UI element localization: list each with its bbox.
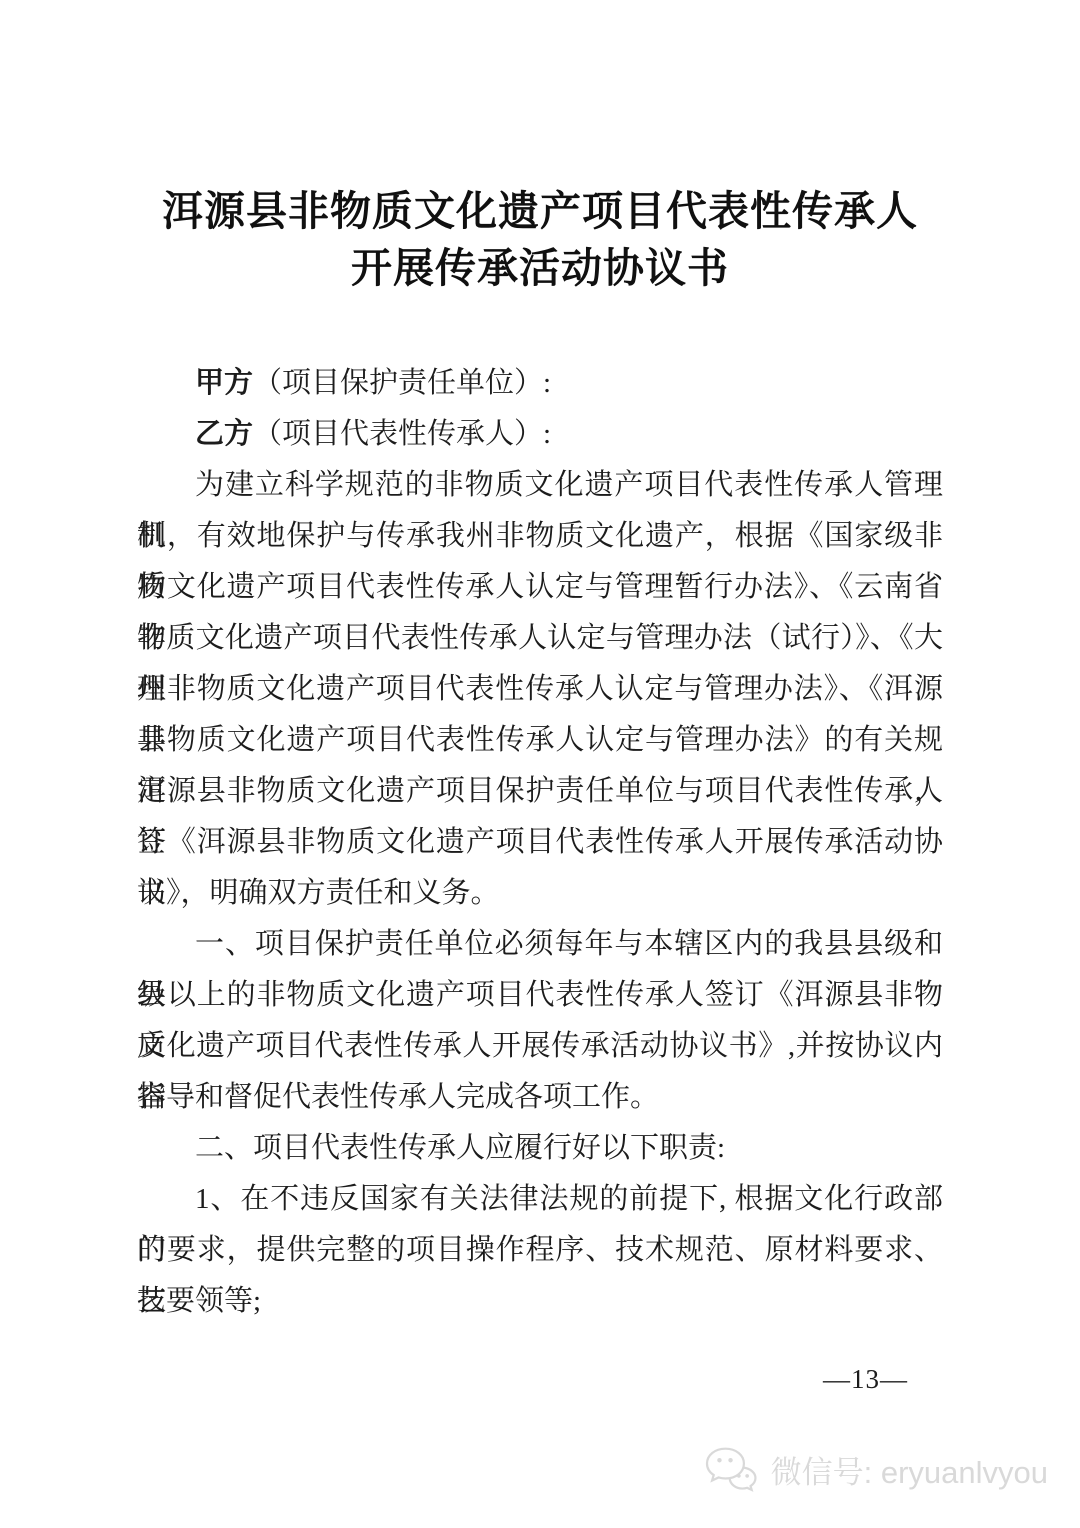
- body-line: 州非物质文化遗产项目代表性传承人认定与管理办法》、《洱源县: [137, 664, 943, 715]
- party-a-label: 甲方: [195, 367, 253, 399]
- title-line-1: 洱源县非物质文化遗产项目代表性传承人: [0, 183, 1080, 240]
- page-number: —13—: [823, 1364, 908, 1395]
- body-line: 书》，明确双方责任和义务。: [137, 868, 943, 919]
- body-line: 非物质文化遗产项目代表性传承人认定与管理办法》的有关规定，: [137, 715, 943, 766]
- body-line: 订《洱源县非物质文化遗产项目代表性传承人开展传承活动协议: [137, 817, 943, 868]
- body-line: 洱源县非物质文化遗产项目保护责任单位与项目代表性传承人签: [137, 766, 943, 817]
- body-line: 艺要领等;: [137, 1276, 943, 1327]
- body-line: 一、项目保护责任单位必须每年与本辖区内的我县县级和县: [137, 919, 943, 970]
- party-a-rest: （项目保护责任单位）:: [253, 367, 551, 399]
- title-line-2: 开展传承活动协议书: [0, 240, 1080, 297]
- body-line: 指导和督促代表性传承人完成各项工作。: [137, 1072, 943, 1123]
- party-b-rest: （项目代表性传承人）:: [253, 418, 551, 450]
- party-b-label: 乙方: [195, 418, 253, 450]
- party-b-line: 乙方（项目代表性传承人）:: [137, 409, 943, 460]
- body-line: 为建立科学规范的非物质文化遗产项目代表性传承人管理机: [137, 460, 943, 511]
- body-line: 的要求，提供完整的项目操作程序、技术规范、原材料要求、技: [137, 1225, 943, 1276]
- body-line: 物质文化遗产项目代表性传承人认定与管理办法（试行）》、《大理: [137, 613, 943, 664]
- body-line: 质文化遗产项目代表性传承人认定与管理暂行办法》、《云南省非: [137, 562, 943, 613]
- document-title: 洱源县非物质文化遗产项目代表性传承人 开展传承活动协议书: [0, 183, 1080, 297]
- document-body: 甲方（项目保护责任单位）: 乙方（项目代表性传承人）: 为建立科学规范的非物质文…: [137, 358, 943, 1327]
- wechat-icon: [703, 1445, 759, 1493]
- watermark-text: 微信号: eryuanlvyou: [771, 1447, 1048, 1492]
- watermark: 微信号: eryuanlvyou: [703, 1445, 1048, 1493]
- party-a-line: 甲方（项目保护责任单位）:: [137, 358, 943, 409]
- document-page: 洱源县非物质文化遗产项目代表性传承人 开展传承活动协议书 甲方（项目保护责任单位…: [0, 0, 1080, 1528]
- body-line: 1、在不违反国家有关法律法规的前提下, 根据文化行政部门: [137, 1174, 943, 1225]
- body-paragraphs: 为建立科学规范的非物质文化遗产项目代表性传承人管理机制，有效地保护与传承我州非物…: [137, 460, 943, 1327]
- body-line: 制，有效地保护与传承我州非物质文化遗产，根据《国家级非物: [137, 511, 943, 562]
- body-line: 二、项目代表性传承人应履行好以下职责:: [137, 1123, 943, 1174]
- body-line: 级以上的非物质文化遗产项目代表性传承人签订《洱源县非物质: [137, 970, 943, 1021]
- body-line: 文化遗产项目代表性传承人开展传承活动协议书》,并按协议内容: [137, 1021, 943, 1072]
